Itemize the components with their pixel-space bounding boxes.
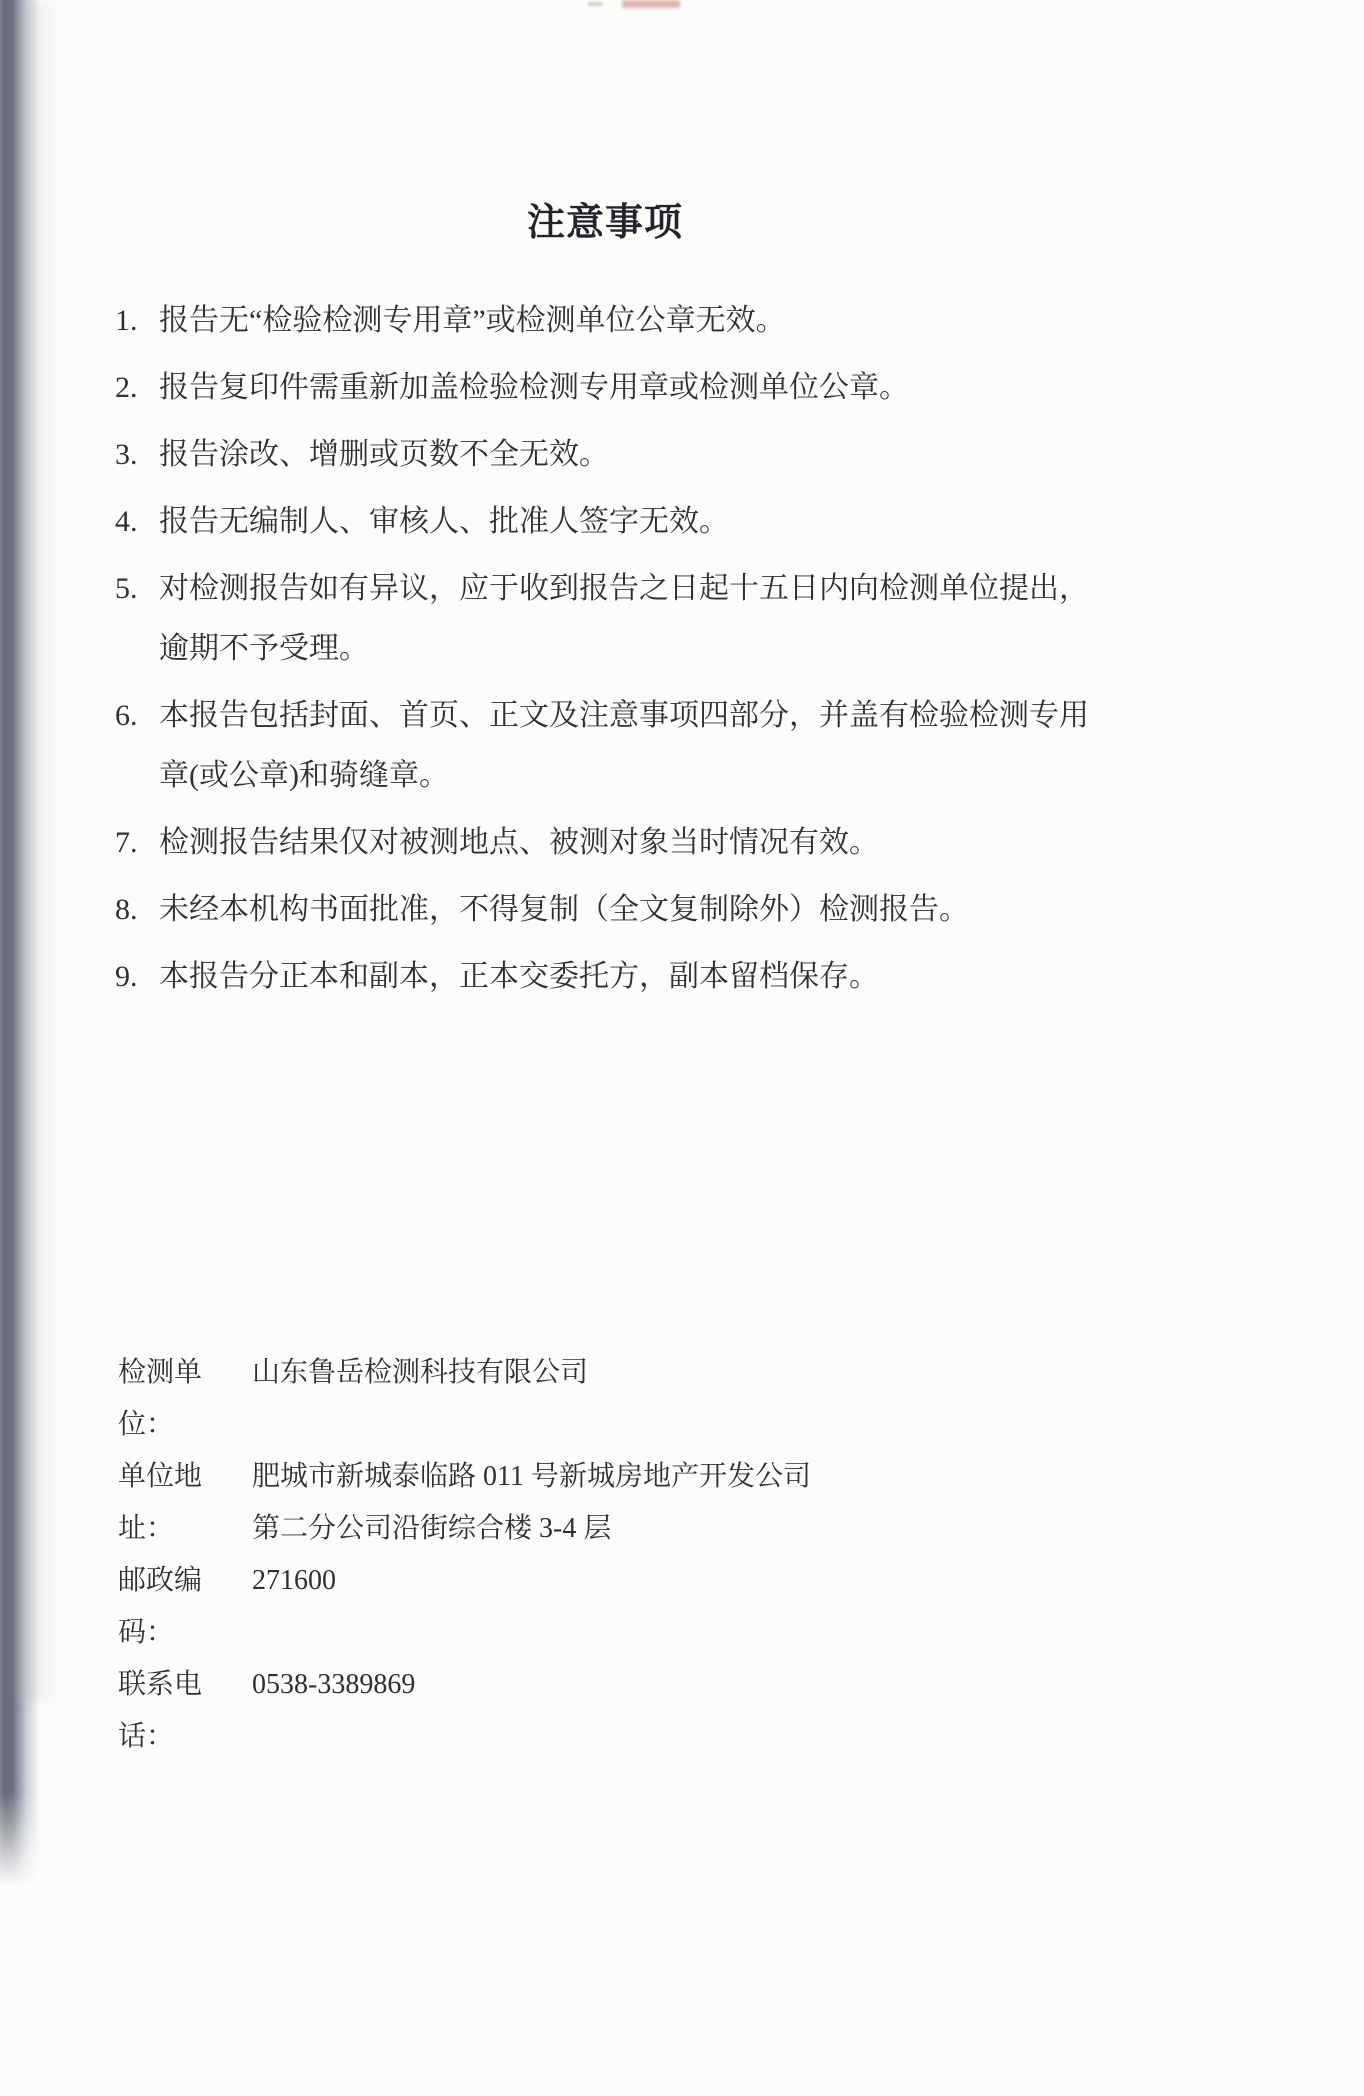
contact-row-address: 单位地址： 肥城市新城泰临路 011 号新城房地产开发公司 第二分公司沿街综合楼… [118, 1451, 811, 1555]
red-stamp-remnant [622, 0, 680, 8]
note-item: 9. 本报告分正本和副本，正本交委托方，副本留档保存。 [115, 947, 1101, 1007]
note-number: 8. [115, 880, 159, 940]
note-number: 1. [115, 291, 159, 351]
note-number: 2. [115, 358, 159, 418]
page-title: 注意事项 [0, 200, 1287, 246]
notes-list: 1. 报告无“检验检测专用章”或检测单位公章无效。 2. 报告复印件需重新加盖检… [115, 291, 1101, 1014]
contact-label: 单位地址： [118, 1451, 252, 1555]
contact-row-postcode: 邮政编码： 271600 [118, 1555, 811, 1659]
note-text: 检测报告结果仅对被测地点、被测对象当时情况有效。 [159, 813, 1101, 873]
note-item: 8. 未经本机构书面批准，不得复制（全文复制除外）检测报告。 [115, 880, 1101, 940]
contact-label: 邮政编码： [118, 1555, 252, 1659]
scan-edge-mark [588, 2, 602, 6]
note-number: 3. [115, 425, 159, 485]
note-number: 6. [115, 686, 159, 806]
contact-row-unit: 检测单位： 山东鲁岳检测科技有限公司 [118, 1347, 811, 1451]
note-item: 1. 报告无“检验检测专用章”或检测单位公章无效。 [115, 291, 1101, 351]
contact-block: 检测单位： 山东鲁岳检测科技有限公司 单位地址： 肥城市新城泰临路 011 号新… [118, 1347, 811, 1763]
note-text: 本报告分正本和副本，正本交委托方，副本留档保存。 [159, 947, 1101, 1007]
note-item: 4. 报告无编制人、审核人、批准人签字无效。 [115, 492, 1101, 552]
contact-value: 山东鲁岳检测科技有限公司 [252, 1347, 588, 1451]
note-item: 6. 本报告包括封面、首页、正文及注意事项四部分，并盖有检验检测专用章(或公章)… [115, 686, 1101, 806]
note-text: 报告复印件需重新加盖检验检测专用章或检测单位公章。 [159, 358, 1101, 418]
contact-value: 271600 [252, 1555, 336, 1659]
note-text: 对检测报告如有异议，应于收到报告之日起十五日内向检测单位提出，逾期不予受理。 [159, 559, 1101, 679]
contact-value: 肥城市新城泰临路 011 号新城房地产开发公司 第二分公司沿街综合楼 3-4 层 [252, 1451, 811, 1555]
note-text: 报告涂改、增删或页数不全无效。 [159, 425, 1101, 485]
note-item: 3. 报告涂改、增删或页数不全无效。 [115, 425, 1101, 485]
contact-value: 0538-3389869 [252, 1659, 415, 1763]
note-item: 7. 检测报告结果仅对被测地点、被测对象当时情况有效。 [115, 813, 1101, 873]
note-item: 2. 报告复印件需重新加盖检验检测专用章或检测单位公章。 [115, 358, 1101, 418]
note-text: 本报告包括封面、首页、正文及注意事项四部分，并盖有检验检测专用章(或公章)和骑缝… [159, 686, 1101, 806]
contact-label: 检测单位： [118, 1347, 252, 1451]
address-line-1: 肥城市新城泰临路 011 号新城房地产开发公司 [252, 1451, 811, 1503]
note-number: 9. [115, 947, 159, 1007]
address-line-2: 第二分公司沿街综合楼 3-4 层 [252, 1503, 811, 1555]
note-number: 4. [115, 492, 159, 552]
note-text: 报告无编制人、审核人、批准人签字无效。 [159, 492, 1101, 552]
note-text: 报告无“检验检测专用章”或检测单位公章无效。 [159, 291, 1101, 351]
scan-spine-soft-shadow [20, 0, 80, 1700]
report-notes-page: 注意事项 1. 报告无“检验检测专用章”或检测单位公章无效。 2. 报告复印件需… [0, 0, 1364, 2096]
contact-row-phone: 联系电话： 0538-3389869 [118, 1659, 811, 1763]
note-number: 5. [115, 559, 159, 679]
contact-label: 联系电话： [118, 1659, 252, 1763]
note-number: 7. [115, 813, 159, 873]
note-text: 未经本机构书面批准，不得复制（全文复制除外）检测报告。 [159, 880, 1101, 940]
note-item: 5. 对检测报告如有异议，应于收到报告之日起十五日内向检测单位提出，逾期不予受理… [115, 559, 1101, 679]
